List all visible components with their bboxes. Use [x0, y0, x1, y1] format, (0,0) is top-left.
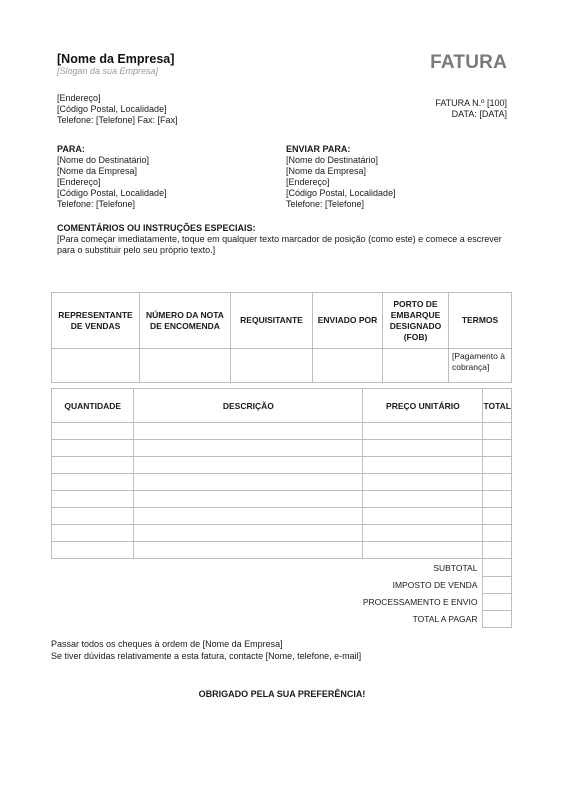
header-quantity: QUANTIDADE — [52, 389, 134, 423]
thank-you-message: OBRIGADO PELA SUA PREFERÊNCIA! — [0, 689, 564, 699]
table-row — [52, 457, 512, 474]
invoice-date[interactable]: DATA: [DATA] — [435, 109, 507, 120]
bill-to-block: PARA: [Nome do Destinatário] [Nome da Em… — [57, 144, 167, 210]
header-po-number: NÚMERO DA NOTA DE ENCOMENDA — [140, 293, 231, 349]
header-shipped-via: ENVIADO POR — [313, 293, 383, 349]
spacer — [52, 576, 363, 593]
cell-unit-price[interactable] — [363, 440, 483, 457]
shipping-value[interactable] — [483, 593, 512, 610]
table-row — [52, 440, 512, 457]
table-row — [52, 542, 512, 559]
cell-shipped-via[interactable] — [313, 349, 383, 383]
company-postal-line[interactable]: [Código Postal, Localidade] — [57, 104, 178, 115]
header-sales-rep: REPRESENTANTE DE VENDAS — [52, 293, 140, 349]
cell-description[interactable] — [134, 474, 363, 491]
cell-description[interactable] — [134, 491, 363, 508]
company-address: [Endereço] [Código Postal, Localidade] T… — [57, 93, 178, 126]
cell-total[interactable] — [483, 542, 512, 559]
total-due-value[interactable] — [483, 610, 512, 627]
spacer — [52, 610, 363, 627]
footer-notes: Passar todos os cheques à ordem de [Nome… — [51, 638, 361, 662]
cell-description[interactable] — [134, 457, 363, 474]
comments-label: COMENTÁRIOS OU INSTRUÇÕES ESPECIAIS: — [57, 223, 517, 234]
cell-requisitioner[interactable] — [231, 349, 313, 383]
shipping-label: PROCESSAMENTO E ENVIO — [363, 593, 483, 610]
bill-to-line[interactable]: [Endereço] — [57, 177, 167, 188]
header-terms: TERMOS — [449, 293, 512, 349]
header-total: TOTAL — [483, 389, 512, 423]
ship-to-line[interactable]: [Endereço] — [286, 177, 396, 188]
cell-quantity[interactable] — [52, 491, 134, 508]
header-requisitioner: REQUISITANTE — [231, 293, 313, 349]
cell-unit-price[interactable] — [363, 491, 483, 508]
table-row: [Pagamento à cobrança] — [52, 349, 512, 383]
table-row — [52, 508, 512, 525]
cell-total[interactable] — [483, 474, 512, 491]
header-description: DESCRIÇÃO — [134, 389, 363, 423]
table-row — [52, 423, 512, 440]
comments-block: COMENTÁRIOS OU INSTRUÇÕES ESPECIAIS: [Pa… — [57, 223, 517, 256]
table-row — [52, 491, 512, 508]
company-address-line[interactable]: [Endereço] — [57, 93, 178, 104]
cell-quantity[interactable] — [52, 423, 134, 440]
cheques-note[interactable]: Passar todos os cheques à ordem de [Nome… — [51, 638, 361, 650]
cell-total[interactable] — [483, 457, 512, 474]
bill-to-label: PARA: — [57, 144, 167, 155]
cell-unit-price[interactable] — [363, 423, 483, 440]
spacer — [52, 593, 363, 610]
cell-total[interactable] — [483, 525, 512, 542]
order-info-table: REPRESENTANTE DE VENDAS NÚMERO DA NOTA D… — [51, 292, 512, 383]
invoice-title: FATURA — [430, 52, 507, 74]
cell-description[interactable] — [134, 508, 363, 525]
ship-to-line[interactable]: [Nome do Destinatário] — [286, 155, 396, 166]
subtotal-value[interactable] — [483, 559, 512, 577]
tax-value[interactable] — [483, 576, 512, 593]
ship-to-block: ENVIAR PARA: [Nome do Destinatário] [Nom… — [286, 144, 396, 210]
cell-unit-price[interactable] — [363, 542, 483, 559]
cell-quantity[interactable] — [52, 525, 134, 542]
ship-to-line[interactable]: Telefone: [Telefone] — [286, 199, 396, 210]
ship-to-line[interactable]: [Código Postal, Localidade] — [286, 188, 396, 199]
cell-description[interactable] — [134, 542, 363, 559]
questions-note[interactable]: Se tiver dúvidas relativamente a esta fa… — [51, 650, 361, 662]
comments-text[interactable]: [Para começar imediatamente, toque em qu… — [57, 234, 517, 256]
cell-quantity[interactable] — [52, 440, 134, 457]
cell-quantity[interactable] — [52, 508, 134, 525]
cell-quantity[interactable] — [52, 457, 134, 474]
cell-description[interactable] — [134, 423, 363, 440]
cell-terms[interactable]: [Pagamento à cobrança] — [449, 349, 512, 383]
cell-unit-price[interactable] — [363, 457, 483, 474]
ship-to-label: ENVIAR PARA: — [286, 144, 396, 155]
bill-to-line[interactable]: [Nome do Destinatário] — [57, 155, 167, 166]
cell-quantity[interactable] — [52, 542, 134, 559]
invoice-number[interactable]: FATURA N.º [100] — [435, 98, 507, 109]
spacer — [52, 559, 363, 577]
cell-sales-rep[interactable] — [52, 349, 140, 383]
items-table: QUANTIDADE DESCRIÇÃO PREÇO UNITÁRIO TOTA… — [51, 388, 512, 628]
table-row — [52, 525, 512, 542]
cell-total[interactable] — [483, 508, 512, 525]
cell-quantity[interactable] — [52, 474, 134, 491]
company-phone-line[interactable]: Telefone: [Telefone] Fax: [Fax] — [57, 115, 178, 126]
cell-unit-price[interactable] — [363, 508, 483, 525]
cell-description[interactable] — [134, 440, 363, 457]
tax-label: IMPOSTO DE VENDA — [363, 576, 483, 593]
cell-fob[interactable] — [383, 349, 449, 383]
cell-description[interactable] — [134, 525, 363, 542]
ship-to-line[interactable]: [Nome da Empresa] — [286, 166, 396, 177]
header-unit-price: PREÇO UNITÁRIO — [363, 389, 483, 423]
bill-to-line[interactable]: Telefone: [Telefone] — [57, 199, 167, 210]
company-slogan[interactable]: [Slogan da sua Empresa] — [57, 66, 158, 76]
company-name[interactable]: [Nome da Empresa] — [57, 52, 174, 66]
subtotal-label: SUBTOTAL — [363, 559, 483, 577]
cell-total[interactable] — [483, 440, 512, 457]
bill-to-line[interactable]: [Nome da Empresa] — [57, 166, 167, 177]
invoice-meta: FATURA N.º [100] DATA: [DATA] — [435, 98, 507, 120]
bill-to-line[interactable]: [Código Postal, Localidade] — [57, 188, 167, 199]
total-due-label: TOTAL A PAGAR — [363, 610, 483, 627]
header-fob: PORTO DE EMBARQUE DESIGNADO (FOB) — [383, 293, 449, 349]
cell-total[interactable] — [483, 491, 512, 508]
cell-unit-price[interactable] — [363, 474, 483, 491]
cell-total[interactable] — [483, 423, 512, 440]
cell-po-number[interactable] — [140, 349, 231, 383]
cell-unit-price[interactable] — [363, 525, 483, 542]
table-row — [52, 474, 512, 491]
